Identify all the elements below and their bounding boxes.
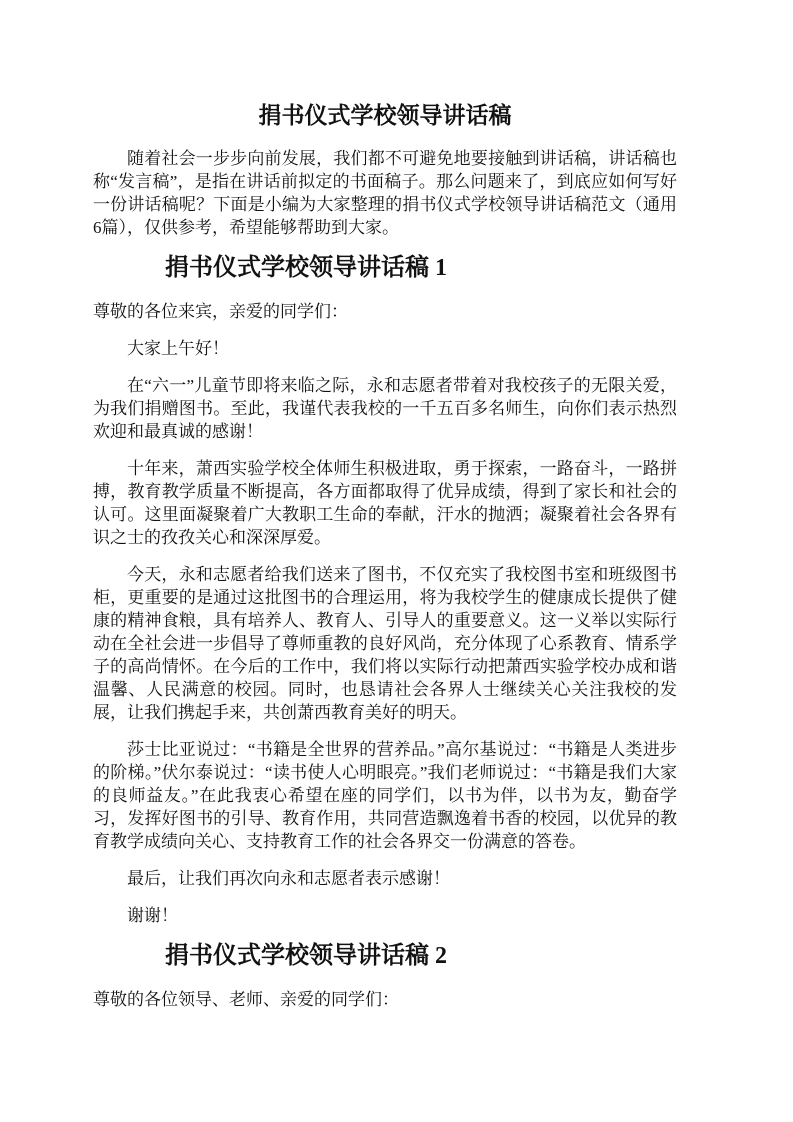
section-1-paragraph: 十年来，萧西实验学校全体师生积极进取，勇于探索，一路奋斗，一路拼搏，教育教学质量… [93,457,677,549]
intro-paragraph: 随着社会一步步向前发展，我们都不可避免地要接触到讲话稿，讲话稿也称“发言稿”，是… [93,147,677,239]
section-2-heading: 捐书仪式学校领导讲话稿 2 [93,941,677,972]
section-1-paragraph: 莎士比亚说过：“书籍是全世界的营养品。”高尔基说过：“书籍是人类进步的阶梯。”伏… [93,738,677,853]
document-title: 捐书仪式学校领导讲话稿 [93,100,677,131]
section-1-closing-thanks: 最后，让我们再次向永和志愿者表示感谢！ [93,867,677,890]
section-1-salutation: 尊敬的各位来宾，亲爱的同学们： [93,300,677,323]
section-1-paragraph: 今天，永和志愿者给我们送来了图书，不仅充实了我校图书室和班级图书柜，更重要的是通… [93,563,677,724]
document-page: 捐书仪式学校领导讲话稿 随着社会一步步向前发展，我们都不可避免地要接触到讲话稿，… [0,0,793,1122]
section-1-heading: 捐书仪式学校领导讲话稿 1 [93,253,677,284]
section-1-paragraph: 在“六一”儿童节即将来临之际，永和志愿者带着对我校孩子的无限关爱，为我们捐赠图书… [93,374,677,443]
section-1-thanks: 谢谢！ [93,904,677,927]
section-1-greeting: 大家上午好！ [93,337,677,360]
section-2-salutation: 尊敬的各位领导、老师、亲爱的同学们： [93,988,677,1011]
